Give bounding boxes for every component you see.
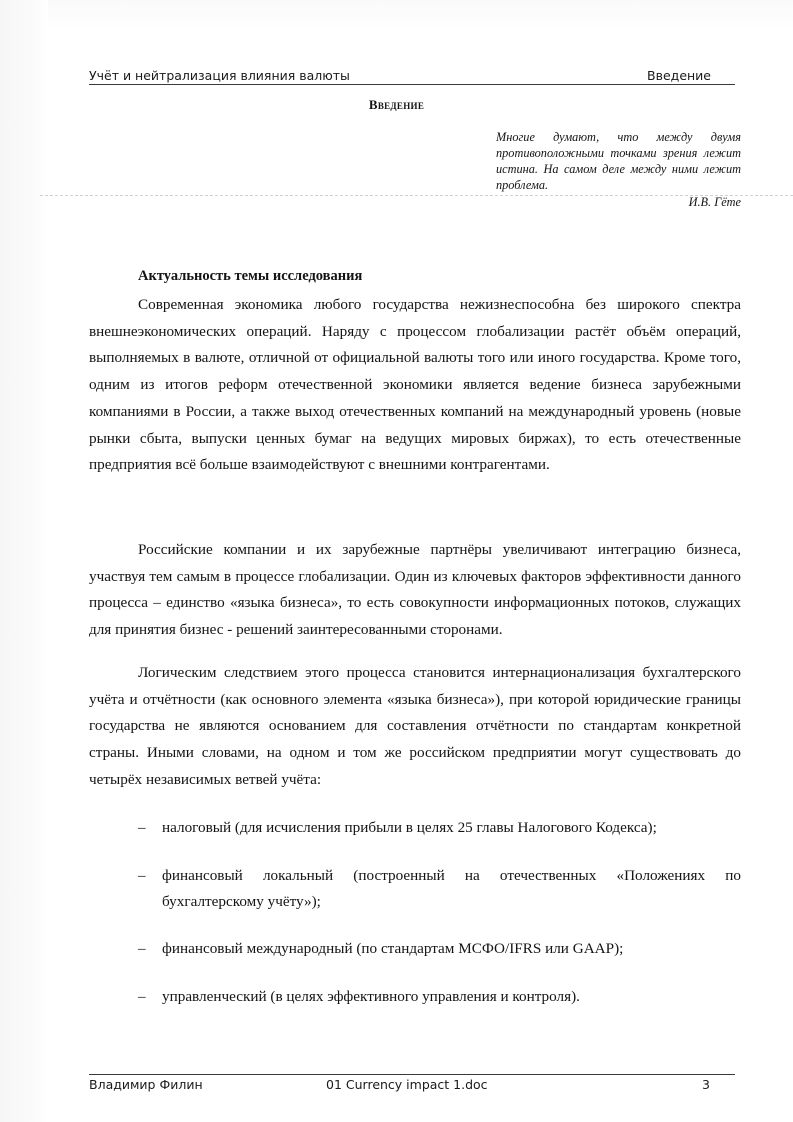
paragraph-1-block: Современная экономика любого государства… — [89, 292, 741, 479]
list-item: – управленческий (в целях эффективного у… — [89, 984, 741, 1011]
paragraph-2-block: Российские компании и их зарубежные парт… — [89, 537, 741, 644]
dash-bullet-icon: – — [138, 815, 146, 842]
paragraph-3-block: Логическим следствием этого процесса ста… — [89, 660, 741, 794]
paragraph: Логическим следствием этого процесса ста… — [89, 660, 741, 794]
paragraph: Российские компании и их зарубежные парт… — [89, 537, 741, 644]
scan-artifact-line — [40, 195, 793, 196]
footer-filename: 01 Currency impact 1.doc — [326, 1077, 488, 1092]
dash-bullet-icon: – — [138, 936, 146, 963]
list-item-text: финансовый локальный (построенный на оте… — [162, 867, 741, 911]
scan-edge-shadow — [0, 0, 48, 1122]
dash-bullet-icon: – — [138, 863, 146, 890]
list-item: – финансовый локальный (построенный на о… — [89, 863, 741, 916]
list-item: – налоговый (для исчисления прибыли в це… — [89, 815, 741, 842]
dash-bullet-icon: – — [138, 984, 146, 1011]
page-title: Введение — [0, 97, 793, 113]
epigraph-quote: Многие думают, что между двумя противопо… — [496, 129, 741, 193]
section-heading: Актуальность темы исследования — [138, 268, 362, 285]
page-number: 3 — [702, 1077, 710, 1092]
footer-author: Владимир Филин — [89, 1077, 203, 1092]
list-item-text: налоговый (для исчисления прибыли в целя… — [162, 819, 657, 836]
header-section-name: Введение — [647, 68, 711, 83]
header-document-title: Учёт и нейтрализация влияния валюты — [89, 68, 350, 83]
running-header: Учёт и нейтрализация влияния валюты Введ… — [89, 68, 735, 85]
paragraph: Современная экономика любого государства… — [89, 292, 741, 479]
list-item-text: финансовый международный (по стандартам … — [162, 940, 623, 957]
list-item: – финансовый международный (по стандарта… — [89, 936, 741, 963]
list-item-text: управленческий (в целях эффективного упр… — [162, 988, 580, 1005]
epigraph: Многие думают, что между двумя противопо… — [496, 129, 741, 210]
scan-top-shadow — [48, 0, 793, 30]
epigraph-author: И.В. Гёте — [496, 194, 741, 210]
running-footer: Владимир Филин 01 Currency impact 1.doc … — [89, 1074, 735, 1091]
accounting-branches-list: – налоговый (для исчисления прибыли в це… — [89, 815, 741, 1011]
